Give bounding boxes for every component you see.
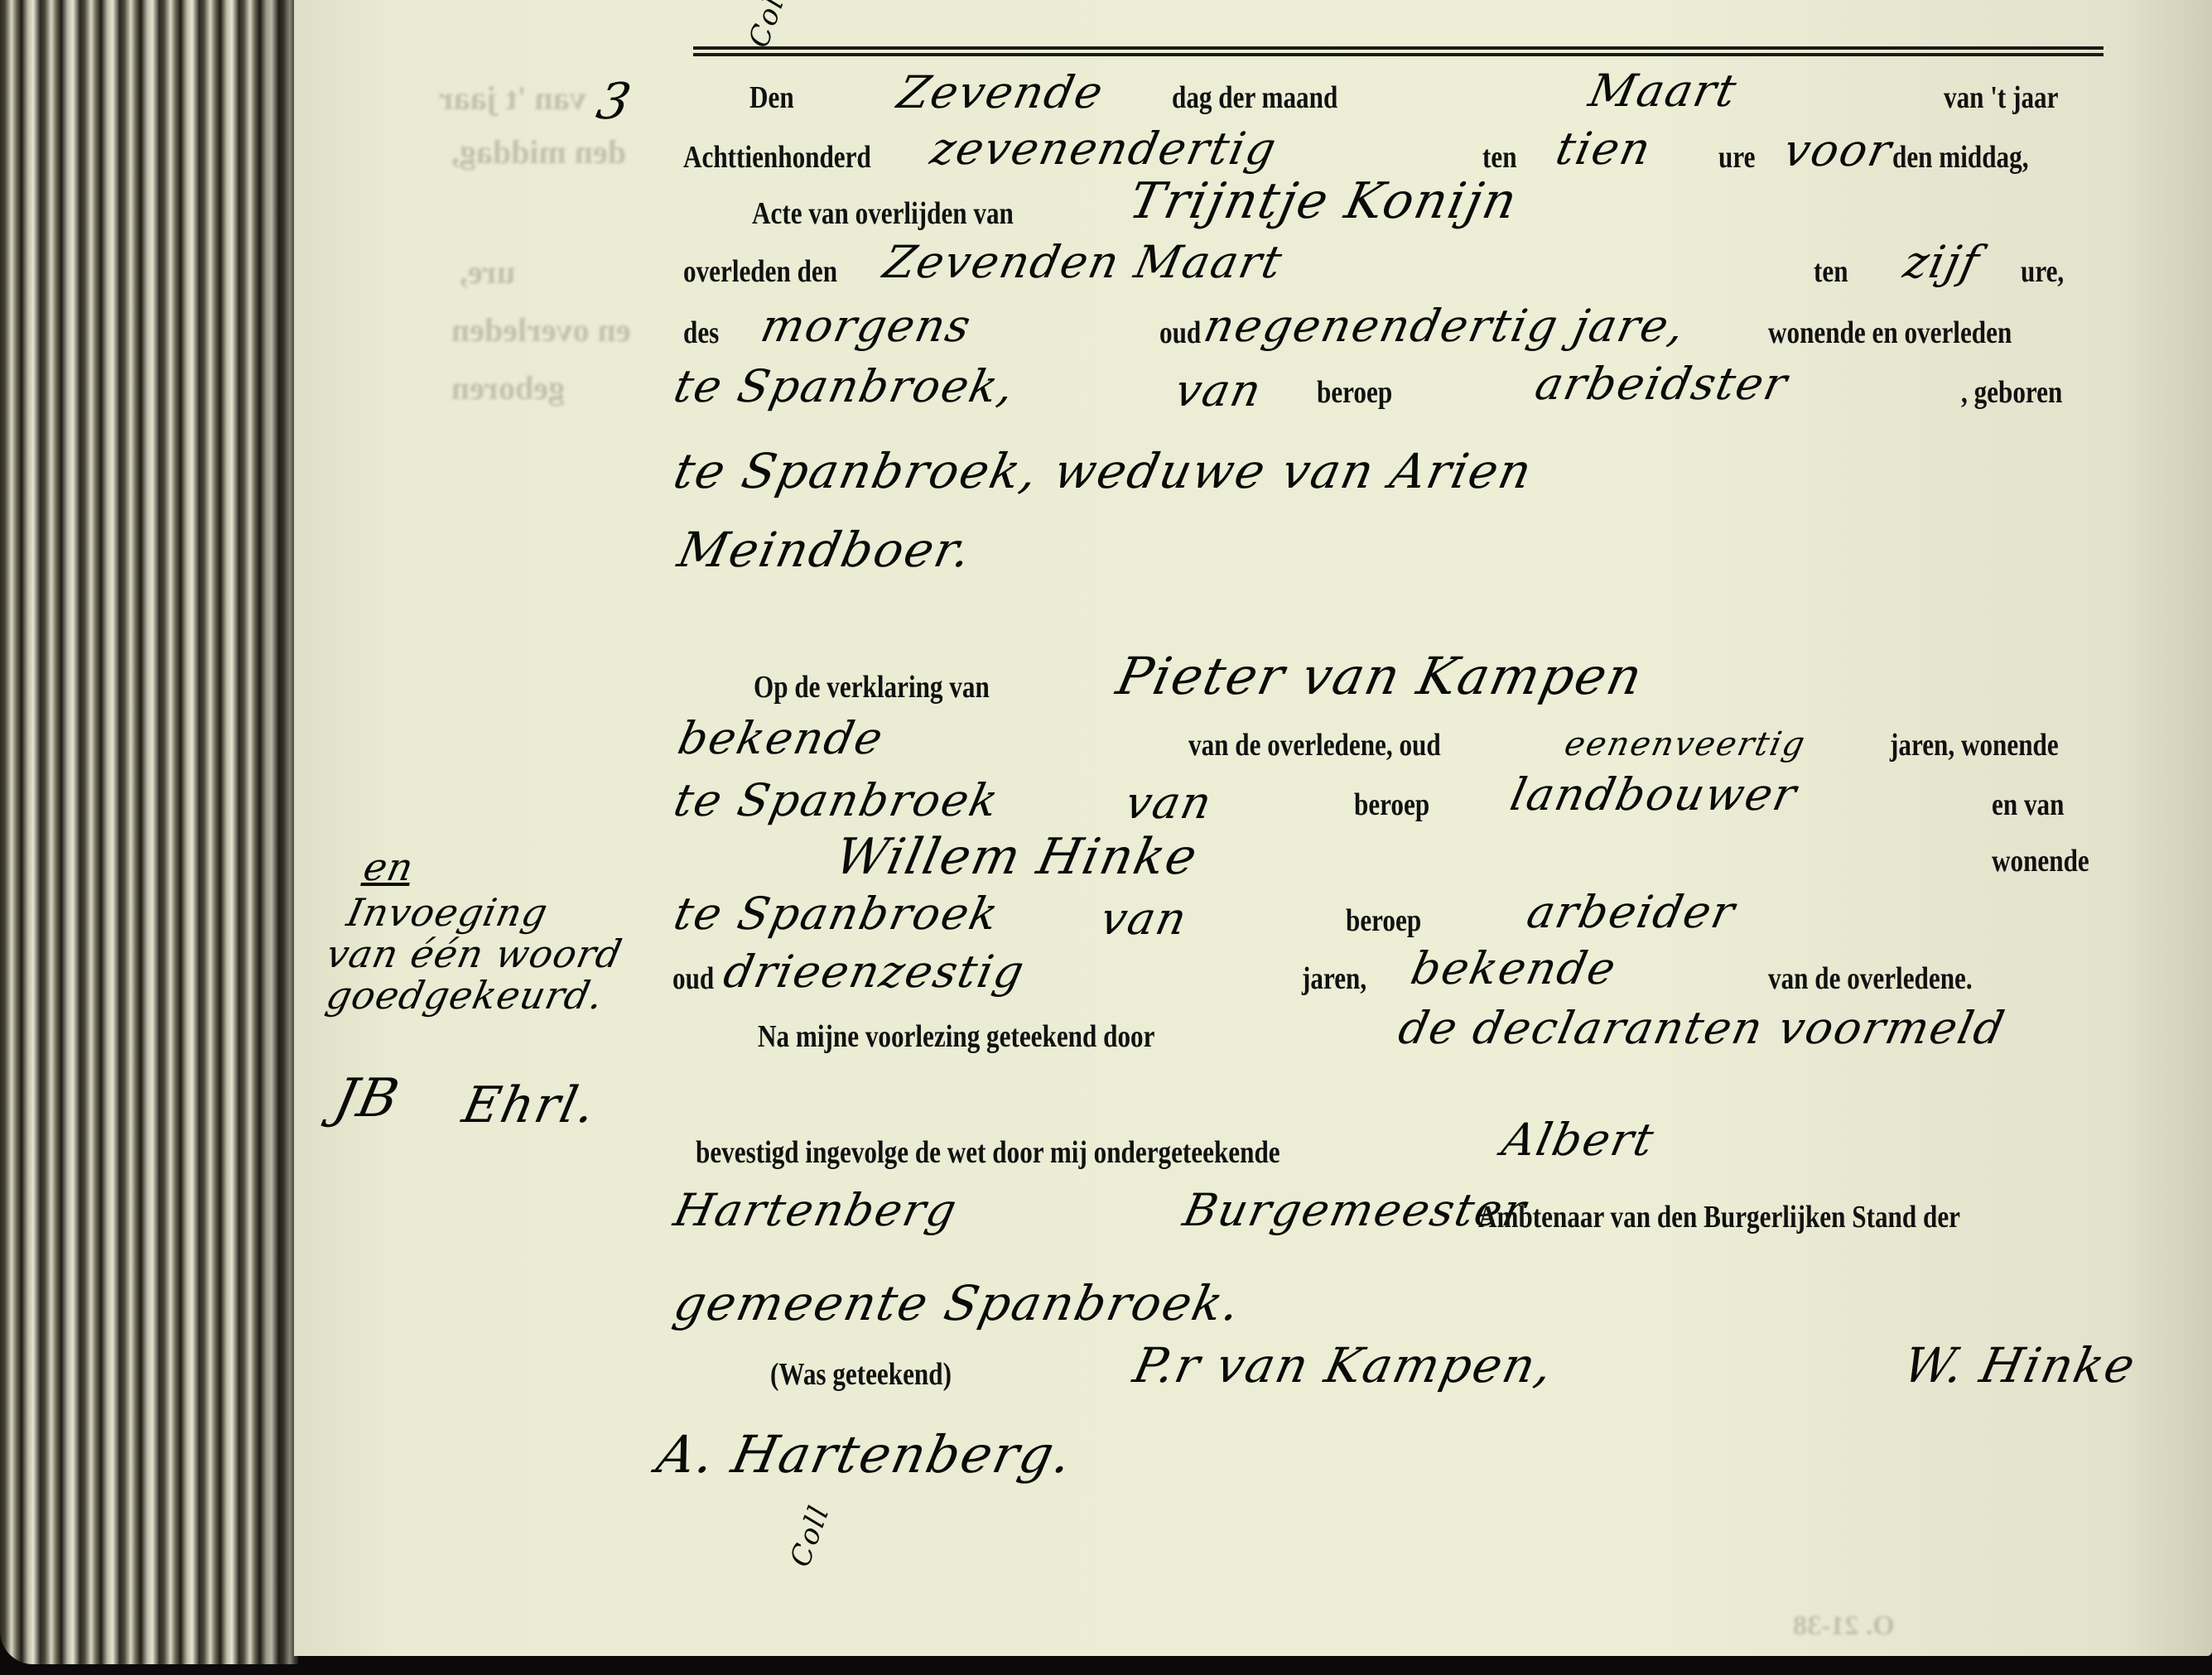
label-oud-2: oud [672, 960, 714, 997]
month-value: Maart [1584, 65, 1742, 117]
declarant2-occupation: arbeider [1522, 886, 1741, 938]
margin-note-line3: goedgekeurd. [322, 973, 608, 1018]
margin-initials-2: Ehrl. [458, 1076, 602, 1134]
spouse-surname: Meindboer. [673, 522, 977, 578]
death-hour: zijf [1899, 236, 1985, 288]
binding-shadow [248, 0, 298, 1664]
label-des: des [683, 315, 719, 351]
header-rule-top [693, 46, 2104, 50]
label-wonende-en-overleden: wonende en overleden [1768, 315, 2012, 351]
label-acte-van-overlijden: Acte van overlijden van [752, 195, 1014, 232]
label-den: Den [749, 79, 794, 116]
voor-na-value: voor [1779, 124, 1897, 176]
death-date: Zevenden Maart [879, 236, 1288, 288]
label-ambtenaar: Ambtenaar van den Burgerlijken Stand der [1478, 1199, 1960, 1235]
label-van-t-jaar: van 't jaar [1944, 79, 2058, 116]
bleed-through-text: den middag, [451, 132, 626, 171]
declarant2-age: drieenzestig [719, 946, 1029, 998]
official-first-name: Albert [1497, 1114, 1660, 1166]
declarant1-name: Pieter van Kampen [1111, 646, 1649, 706]
deceased-occupation: arbeidster [1530, 358, 1793, 410]
label-was-geteekend: (Was geteekend) [770, 1356, 952, 1393]
label-achttienhonderd: Achttienhonderd [683, 139, 871, 176]
word-van-3: van [1096, 893, 1193, 945]
declarant2-name: Willem Hinke [831, 828, 1204, 886]
year-value: zevenendertig [926, 123, 1282, 175]
deceased-name: Trijntje Konijn [1125, 172, 1524, 230]
label-van-de-overledene: van de overledene. [1768, 960, 1973, 997]
birthplace-and-spouse: te Spanbroek, weduwe van Arien [669, 443, 1538, 499]
word-van-2: van [1120, 777, 1217, 829]
label-ure-2: ure, [2021, 253, 2064, 290]
time-of-day: morgens [756, 300, 976, 352]
word-van: van [1170, 364, 1267, 416]
label-ten-2: ten [1814, 253, 1848, 290]
label-wonende: wonende [1992, 843, 2089, 879]
day-value: Zevende [893, 66, 1109, 118]
label-na-mijne-voorlezing: Na mijne voorlezing geteekend door [758, 1018, 1154, 1055]
declarant1-relation: bekende [673, 712, 889, 764]
label-bevestigd: bevestigd ingevolge de wet door mij onde… [696, 1134, 1280, 1171]
label-beroep-3: beroep [1346, 902, 1421, 939]
signed-by: de declaranten voormeld [1394, 1002, 2010, 1054]
margin-note-line2: van één woord [322, 931, 626, 976]
bleed-through-text: ure, [460, 253, 515, 291]
label-van-de-overledene-oud: van de overledene, oud [1188, 727, 1441, 763]
declarant1-age: eenenveertig [1561, 725, 1810, 763]
signature-declarant2: W. Hinke [1899, 1337, 2142, 1393]
bleed-through-text: van 't jaar [439, 79, 586, 118]
bleed-through-text: geboren [451, 368, 565, 407]
label-overleden-den: overleden den [683, 253, 837, 290]
label-geboren: , geboren [1961, 374, 2062, 411]
label-den-middag: den middag, [1892, 139, 2029, 176]
deceased-residence: te Spanbroek, [669, 360, 1019, 412]
declarant1-occupation: landbouwer [1506, 768, 1802, 821]
label-en-van: en van [1992, 787, 2064, 823]
label-beroep-2: beroep [1354, 787, 1429, 823]
bleed-through-text: en overleden [451, 310, 631, 349]
declarant2-relation: bekende [1406, 942, 1622, 994]
official-surname: Hartenberg [669, 1184, 962, 1236]
label-beroep: beroep [1317, 374, 1392, 411]
margin-insert-mark: en [359, 845, 417, 889]
label-jaren: jaren, [1302, 960, 1366, 997]
signature-declarant1: P.r van Kampen, [1129, 1337, 1559, 1393]
header-rule-bottom [693, 53, 2104, 56]
bleed-through-stamp: O. 21-38 [1793, 1610, 1895, 1642]
municipality: gemeente Spanbroek. [669, 1275, 1246, 1331]
label-oud: oud [1159, 315, 1201, 351]
declarant1-residence: te Spanbroek [669, 774, 1004, 826]
registration-hour: tien [1551, 123, 1656, 175]
margin-note-line1: Invoeging [343, 890, 552, 935]
label-ten: ten [1482, 139, 1517, 176]
signature-official: A. Hartenberg. [652, 1424, 1078, 1485]
label-jaren-wonende: jaren, wonende [1890, 727, 2059, 763]
margin-initials-1: JB [329, 1068, 405, 1129]
label-ure: ure [1718, 139, 1755, 176]
deceased-age: negenendertig jare, [1199, 300, 1690, 352]
label-op-de-verklaring: Op de verklaring van [754, 669, 990, 705]
declarant2-residence: te Spanbroek [669, 888, 1004, 940]
label-dag-der-maand: dag der maand [1172, 79, 1337, 116]
